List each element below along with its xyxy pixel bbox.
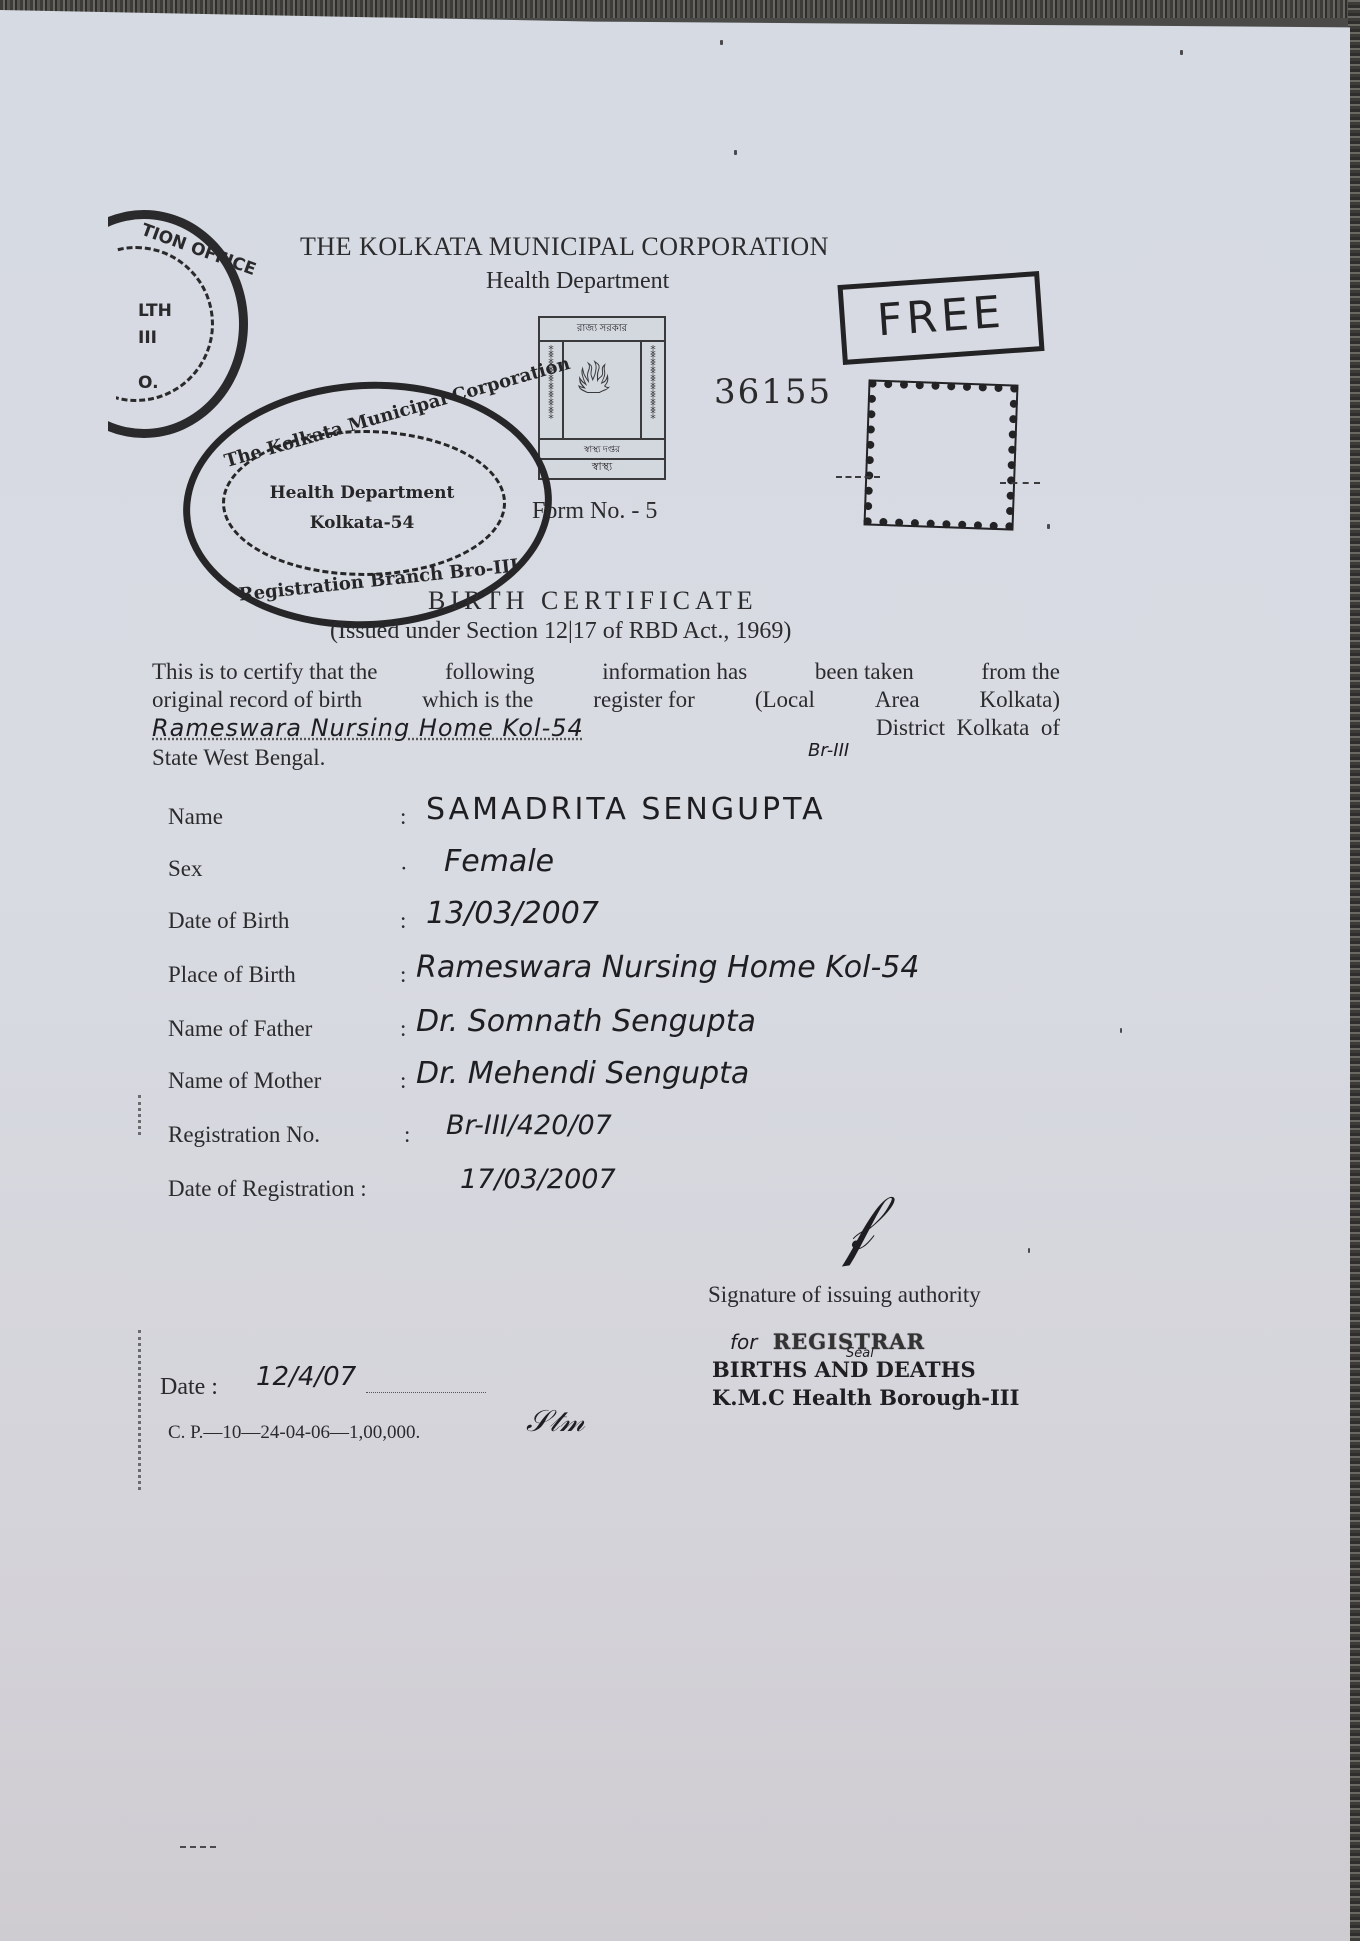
field-separator: ·: [400, 856, 408, 882]
field-label: Registration No.: [168, 1122, 320, 1148]
round-stamp-inner-line2: III: [138, 330, 157, 347]
field-value: Rameswara Nursing Home Kol-54: [416, 950, 919, 985]
field-place-of-birth: Place of Birth : Rameswara Nursing Home …: [168, 950, 1068, 1000]
text-segment: District Kolkata of: [876, 714, 1060, 742]
paragraph-line-1: This is to certify that the following in…: [152, 658, 1060, 686]
field-separator: :: [404, 1122, 410, 1148]
issue-date-value: 12/4/07: [256, 1362, 356, 1392]
field-registration-no: Registration No. : Br-III/420/07: [168, 1110, 1068, 1160]
paper-speck: [1028, 1248, 1030, 1253]
oval-stamp-center-line2: Kolkata-54: [252, 508, 472, 538]
paper-speck: [1120, 1028, 1122, 1033]
field-name: Name : SAMADRITA SENGUPTA: [168, 792, 1068, 842]
field-sex: Sex · Female: [168, 844, 1068, 894]
text-segment: been taken: [815, 658, 914, 686]
kmc-emblem: রাজ্য সরকার ⁑⁑⁑⁑⁑⁑⁑⁑⁑ ⁑⁑⁑⁑⁑⁑⁑⁑⁑ 🔥︎ স্বাস…: [538, 316, 666, 480]
text-segment: original record of birth: [152, 686, 362, 714]
text-segment: Area: [875, 686, 920, 714]
text-segment: This is to certify that the: [152, 658, 377, 686]
field-name-of-father: Name of Father : Dr. Somnath Sengupta: [168, 1004, 1068, 1054]
serial-number: 36155: [714, 372, 832, 412]
field-label: Date of Registration :: [168, 1176, 367, 1202]
field-value: SAMADRITA SENGUPTA: [426, 792, 826, 827]
certification-paragraph: This is to certify that the following in…: [152, 658, 1060, 772]
handwritten-place: Rameswara Nursing Home Kol-54: [152, 714, 584, 742]
issuer-title: THE KOLKATA MUNICIPAL CORPORATION: [300, 232, 829, 262]
emblem-footer-text: স্বাস্থ্য: [540, 458, 664, 476]
field-label: Name of Mother: [168, 1068, 321, 1094]
paragraph-line-3: Rameswara Nursing Home Kol-54 District K…: [152, 714, 1060, 742]
oval-stamp-center-line1: Health Department: [252, 478, 472, 508]
paper-mark: [180, 1846, 216, 1848]
paper-speck: [1047, 524, 1050, 529]
certificate-subtitle: (Issued under Section 12|17 of RBD Act.,…: [330, 618, 791, 645]
paragraph-line-2: original record of birth which is the re…: [152, 686, 1060, 714]
date-dotted-line: [366, 1392, 486, 1393]
field-date-of-registration: Date of Registration : 17/03/2007: [168, 1164, 1068, 1214]
round-office-stamp-inner-ring: [58, 246, 214, 402]
field-value: 17/03/2007: [460, 1164, 616, 1195]
text-segment: (Local: [755, 686, 815, 714]
field-separator: :: [400, 1016, 406, 1042]
field-separator: :: [400, 908, 406, 934]
issuer-department: Health Department: [486, 268, 669, 295]
text-segment: information has: [602, 658, 747, 686]
seal-note: Seal: [846, 1346, 874, 1361]
oval-stamp-center: Health Department Kolkata-54: [252, 478, 472, 538]
free-stamp: FREE: [837, 271, 1044, 365]
form-number: Form No. - 5: [532, 498, 657, 525]
field-label: Place of Birth: [168, 962, 296, 988]
handwritten-branch-note: Br-III: [808, 740, 849, 761]
seal-guide-line-right: [1000, 482, 1040, 484]
issue-date-label: Date :: [160, 1374, 218, 1401]
square-seal-stamp: [863, 379, 1018, 530]
field-separator: :: [400, 804, 406, 830]
emblem-top-text: রাজ্য সরকার: [540, 318, 664, 342]
text-segment: from the: [981, 658, 1060, 686]
round-stamp-inner-line1: LTH: [138, 303, 172, 320]
field-label: Sex: [168, 856, 203, 882]
registrar-line-3: K.M.C Health Borough-III: [712, 1384, 1019, 1412]
paper-speck: [734, 150, 737, 155]
field-separator: :: [400, 1068, 406, 1094]
emblem-bottom-text: স্বাস্থ্য দপ্তর: [540, 438, 664, 460]
registrar-stamp: for REGISTRAR BIRTHS AND DEATHS K.M.C He…: [712, 1328, 1019, 1412]
field-name-of-mother: Name of Mother : Dr. Mehendi Sengupta: [168, 1056, 1068, 1106]
field-value: Female: [444, 844, 554, 879]
round-stamp-inner-line3: O.: [138, 375, 159, 392]
paragraph-line-4: State West Bengal.: [152, 744, 1060, 772]
field-value: 13/03/2007: [426, 896, 599, 931]
text-segment: register for: [593, 686, 695, 714]
print-code: C. P.—10—24-04-06—1,00,000.: [168, 1422, 420, 1444]
field-separator: :: [400, 962, 406, 988]
field-label: Date of Birth: [168, 908, 289, 934]
flame-icon: 🔥︎: [576, 354, 611, 402]
signature-label: Signature of issuing authority: [708, 1282, 981, 1308]
text-segment: which is the: [422, 686, 533, 714]
paper-speck: [1180, 50, 1183, 55]
emblem-wheat-right-icon: ⁑⁑⁑⁑⁑⁑⁑⁑⁑: [644, 348, 662, 420]
field-value: Dr. Mehendi Sengupta: [416, 1056, 749, 1091]
margin-perforation: [138, 1095, 145, 1135]
text-segment: State West Bengal.: [152, 744, 325, 772]
certificate-title: BIRTH CERTIFICATE: [428, 586, 758, 616]
certificate-paper: THE KOLKATA MUNICIPAL CORPORATION Health…: [0, 10, 1350, 1941]
margin-perforation: [138, 1330, 145, 1490]
clerk-initial-signature: 𝒮𝓉𝓂: [526, 1404, 585, 1439]
paper-speck: [720, 40, 723, 45]
field-value: Dr. Somnath Sengupta: [416, 1004, 756, 1039]
text-segment: following: [445, 658, 534, 686]
field-value: Br-III/420/07: [446, 1110, 612, 1141]
registrar-prefix: for: [730, 1330, 758, 1354]
text-segment: Kolkata): [980, 686, 1060, 714]
field-date-of-birth: Date of Birth : 13/03/2007: [168, 896, 1068, 946]
field-label: Name of Father: [168, 1016, 312, 1042]
field-label: Name: [168, 804, 223, 830]
seal-guide-line-left: [836, 476, 880, 478]
